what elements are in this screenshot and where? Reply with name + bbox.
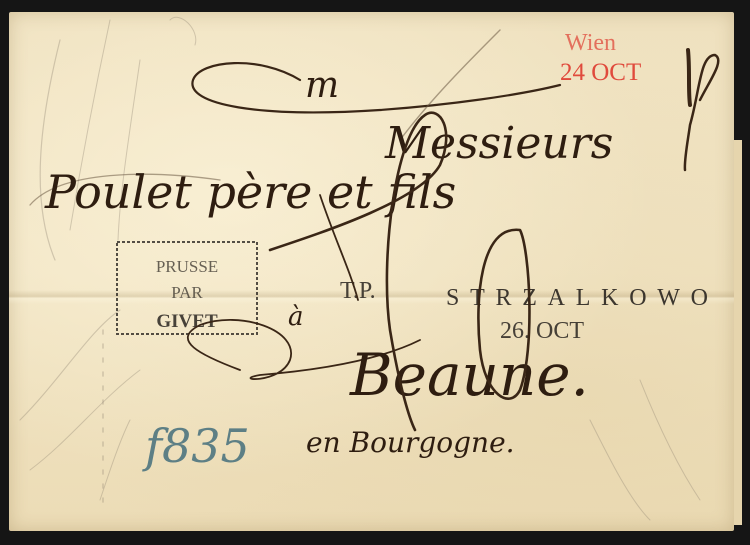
routing-mark: m bbox=[192, 63, 560, 112]
handstamp-line-2: PAR bbox=[171, 283, 203, 302]
routing-mark-text: m bbox=[305, 65, 339, 106]
salutation-text: Messieurs bbox=[384, 118, 613, 169]
origin-postmark: Wien 24 OCT bbox=[560, 30, 641, 86]
city-text: Beaune. bbox=[349, 341, 589, 409]
docket-note-text: f835 bbox=[142, 419, 250, 473]
handstamp-line-1: PRUSSE bbox=[156, 257, 218, 276]
corner-manuscript-mark bbox=[685, 50, 718, 170]
origin-postmark-city: Wien bbox=[565, 30, 616, 56]
docket-note: f835 bbox=[142, 419, 250, 473]
region-text: en Bourgogne. bbox=[306, 426, 515, 459]
transit-postmark-town: STRZALKOWO bbox=[446, 285, 708, 311]
cover-markings: Wien 24 OCT m Messieurs Poulet père et f… bbox=[0, 0, 750, 545]
transit-postmark: T.P. STRZALKOWO 26. OCT bbox=[340, 278, 708, 344]
origin-postmark-date: 24 OCT bbox=[560, 59, 641, 86]
preposition-text: à bbox=[288, 302, 304, 332]
